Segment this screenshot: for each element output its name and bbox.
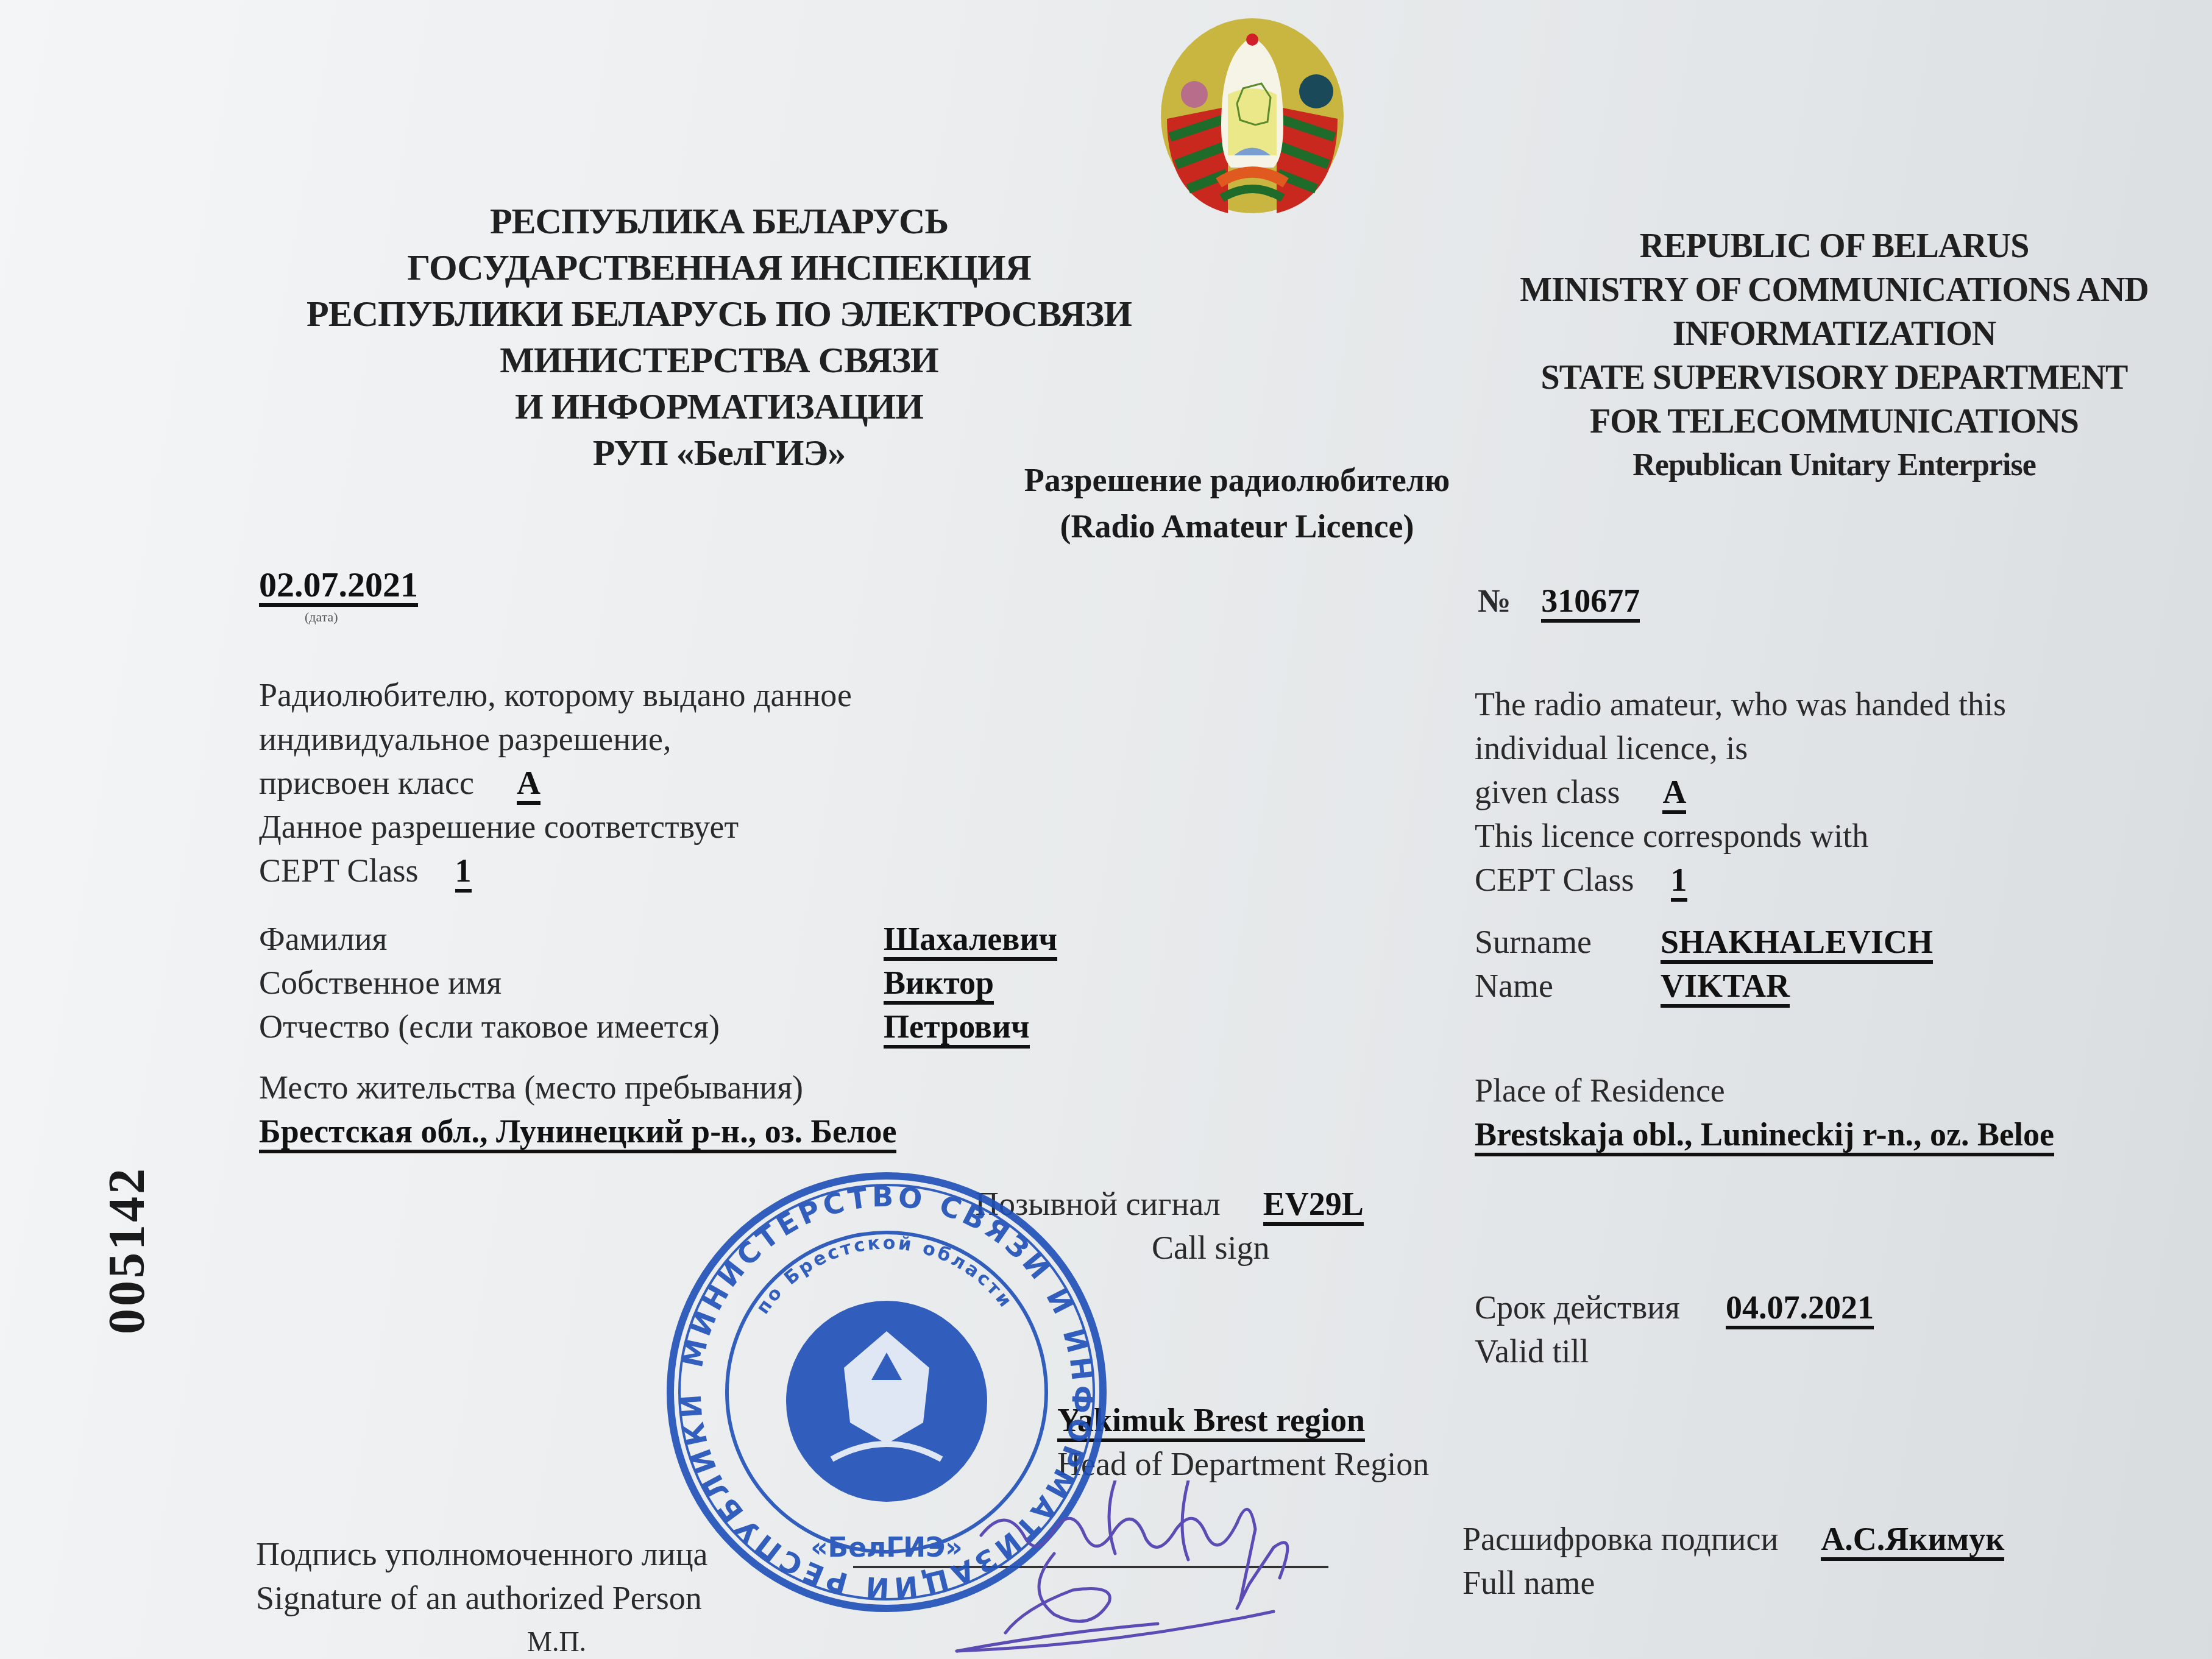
header-ru-line: МИНИСТЕРСТВА СВЯЗИ [256,337,1182,383]
licence-number-block: № 310677 [1478,579,1640,623]
class-ru-line1: Радиолюбителю, которому выдано данное [259,673,852,717]
cept-ru-label: CEPT Class [259,849,419,893]
validity-value: 04.07.2021 [1726,1289,1874,1329]
full-name-row: Расшифровка подписи А.С.Якимук [1462,1517,2004,1561]
residence-en-value: Brestskaja obl., Lunineckij r-n., oz. Be… [1475,1116,2054,1156]
header-en-line: REPUBLIC OF BELARUS [1475,224,2194,268]
cept-en-intro: This licence corresponds with [1475,814,2006,858]
call-sign-label-en: Call sign [1152,1226,1364,1270]
cept-en-value: 1 [1671,861,1687,902]
header-en-line: MINISTRY OF COMMUNICATIONS AND [1475,268,2194,312]
belarus-coat-of-arms-icon [1155,15,1350,216]
class-block-ru: Радиолюбителю, которому выдано данное ин… [259,673,852,893]
class-ru-line2: индивидуальное разрешение, [259,717,852,761]
header-ru: РЕСПУБЛИКА БЕЛАРУСЬ ГОСУДАРСТВЕННАЯ ИНСП… [256,198,1182,476]
class-ru-label: присвоен класс [259,761,474,805]
name-en-row: Name VIKTAR [1475,964,2206,1008]
name-en-label: Name [1475,964,1661,1008]
signature-block: Подпись уполномоченного лица Signature o… [256,1532,708,1659]
validity-label-en: Valid till [1475,1329,1874,1373]
full-name-block: Расшифровка подписи А.С.Якимук Full name [1462,1517,2004,1605]
surname-ru-value: Шахалевич [884,921,1057,961]
full-name-label-ru: Расшифровка подписи [1462,1517,1778,1561]
document-title: Разрешение радиолюбителю (Radio Amateur … [963,457,1511,550]
patronymic-ru-row: Отчество (если таковое имеется) Петрович [259,1005,1173,1049]
name-ru-row: Собственное имя Виктор [259,961,1173,1005]
coat-of-arms [1155,15,1350,216]
patronymic-ru-label: Отчество (если таковое имеется) [259,1005,884,1049]
person-block-en: Surname SHAKHALEVICH Name VIKTAR Place o… [1475,920,2206,1156]
name-ru-value: Виктор [884,964,994,1005]
full-name-label-en: Full name [1462,1561,2004,1605]
cept-en-row: CEPT Class 1 [1475,858,2006,902]
class-ru-row: присвоен класс A [259,761,852,805]
residence-ru-value: Брестская обл., Лунинецкий р-н., оз. Бел… [259,1113,896,1153]
authority-caption: Head of Department Region [1057,1442,1429,1486]
cept-en-label: CEPT Class [1475,858,1634,902]
validity-block: Срок действия 04.07.2021 Valid till [1475,1286,1874,1373]
class-en-line1: The radio amateur, who was handed this [1475,682,2006,726]
header-ru-line: И ИНФОРМАТИЗАЦИИ [256,383,1182,430]
issue-date-caption: (дата) [305,609,418,625]
header-en-line: Republican Unitary Enterprise [1475,444,2194,487]
licence-number: 310677 [1541,582,1640,623]
handwritten-signature [932,1480,1371,1659]
header-ru-line: ГОСУДАРСТВЕННАЯ ИНСПЕКЦИЯ [256,244,1182,291]
call-sign-value: EV29L [1263,1186,1364,1226]
cept-ru-value: 1 [455,852,472,893]
class-en-row: given class A [1475,770,2006,814]
surname-en-value: SHAKHALEVICH [1661,924,1933,964]
class-en-value: A [1662,774,1686,814]
header-ru-line: РЕСПУБЛИКА БЕЛАРУСЬ [256,198,1182,244]
validity-label-ru: Срок действия [1475,1286,1680,1329]
signature-label-ru: Подпись уполномоченного лица [256,1532,708,1576]
header-en-line: INFORMATIZATION [1475,312,2194,356]
serial-number: 005142 [97,1166,157,1334]
seal-mark: М.П. [527,1620,708,1659]
title-ru: Разрешение радиолюбителю [963,457,1511,503]
title-en: (Radio Amateur Licence) [963,503,1511,550]
signature-scribble-icon [932,1480,1371,1659]
patronymic-ru-value: Петрович [884,1008,1030,1049]
name-en-value: VIKTAR [1661,967,1790,1008]
class-block-en: The radio amateur, who was handed this i… [1475,682,2006,902]
surname-en-row: Surname SHAKHALEVICH [1475,920,2206,964]
cept-ru-intro: Данное разрешение соответствует [259,805,852,849]
surname-ru-row: Фамилия Шахалевич [259,917,1173,961]
surname-en-label: Surname [1475,920,1661,964]
header-en-line: STATE SUPERVISORY DEPARTMENT [1475,356,2194,400]
full-name-value: А.С.Якимук [1821,1521,2004,1561]
header-en: REPUBLIC OF BELARUS MINISTRY OF COMMUNIC… [1475,224,2194,487]
signature-label-en: Signature of an authorized Person [256,1576,708,1620]
class-en-line2: individual licence, is [1475,726,2006,770]
residence-en-label: Place of Residence [1475,1069,2206,1112]
person-block-ru: Фамилия Шахалевич Собственное имя Виктор… [259,917,1173,1153]
name-ru-label: Собственное имя [259,961,884,1005]
authority-block: Yakimuk Brest region Head of Department … [1057,1398,1429,1486]
class-ru-value: A [517,765,541,805]
residence-ru-label: Место жительства (место пребывания) [259,1066,1173,1109]
header-en-line: FOR TELECOMMUNICATIONS [1475,400,2194,444]
surname-ru-label: Фамилия [259,917,884,961]
class-en-label: given class [1475,770,1620,814]
cept-ru-row: CEPT Class 1 [259,849,852,893]
issue-date-block: 02.07.2021 (дата) [259,567,418,625]
number-sign: № [1478,579,1511,623]
issue-date: 02.07.2021 [259,567,418,607]
validity-row: Срок действия 04.07.2021 [1475,1286,1874,1329]
header-ru-line: РЕСПУБЛИКИ БЕЛАРУСЬ ПО ЭЛЕКТРОСВЯЗИ [256,291,1182,337]
